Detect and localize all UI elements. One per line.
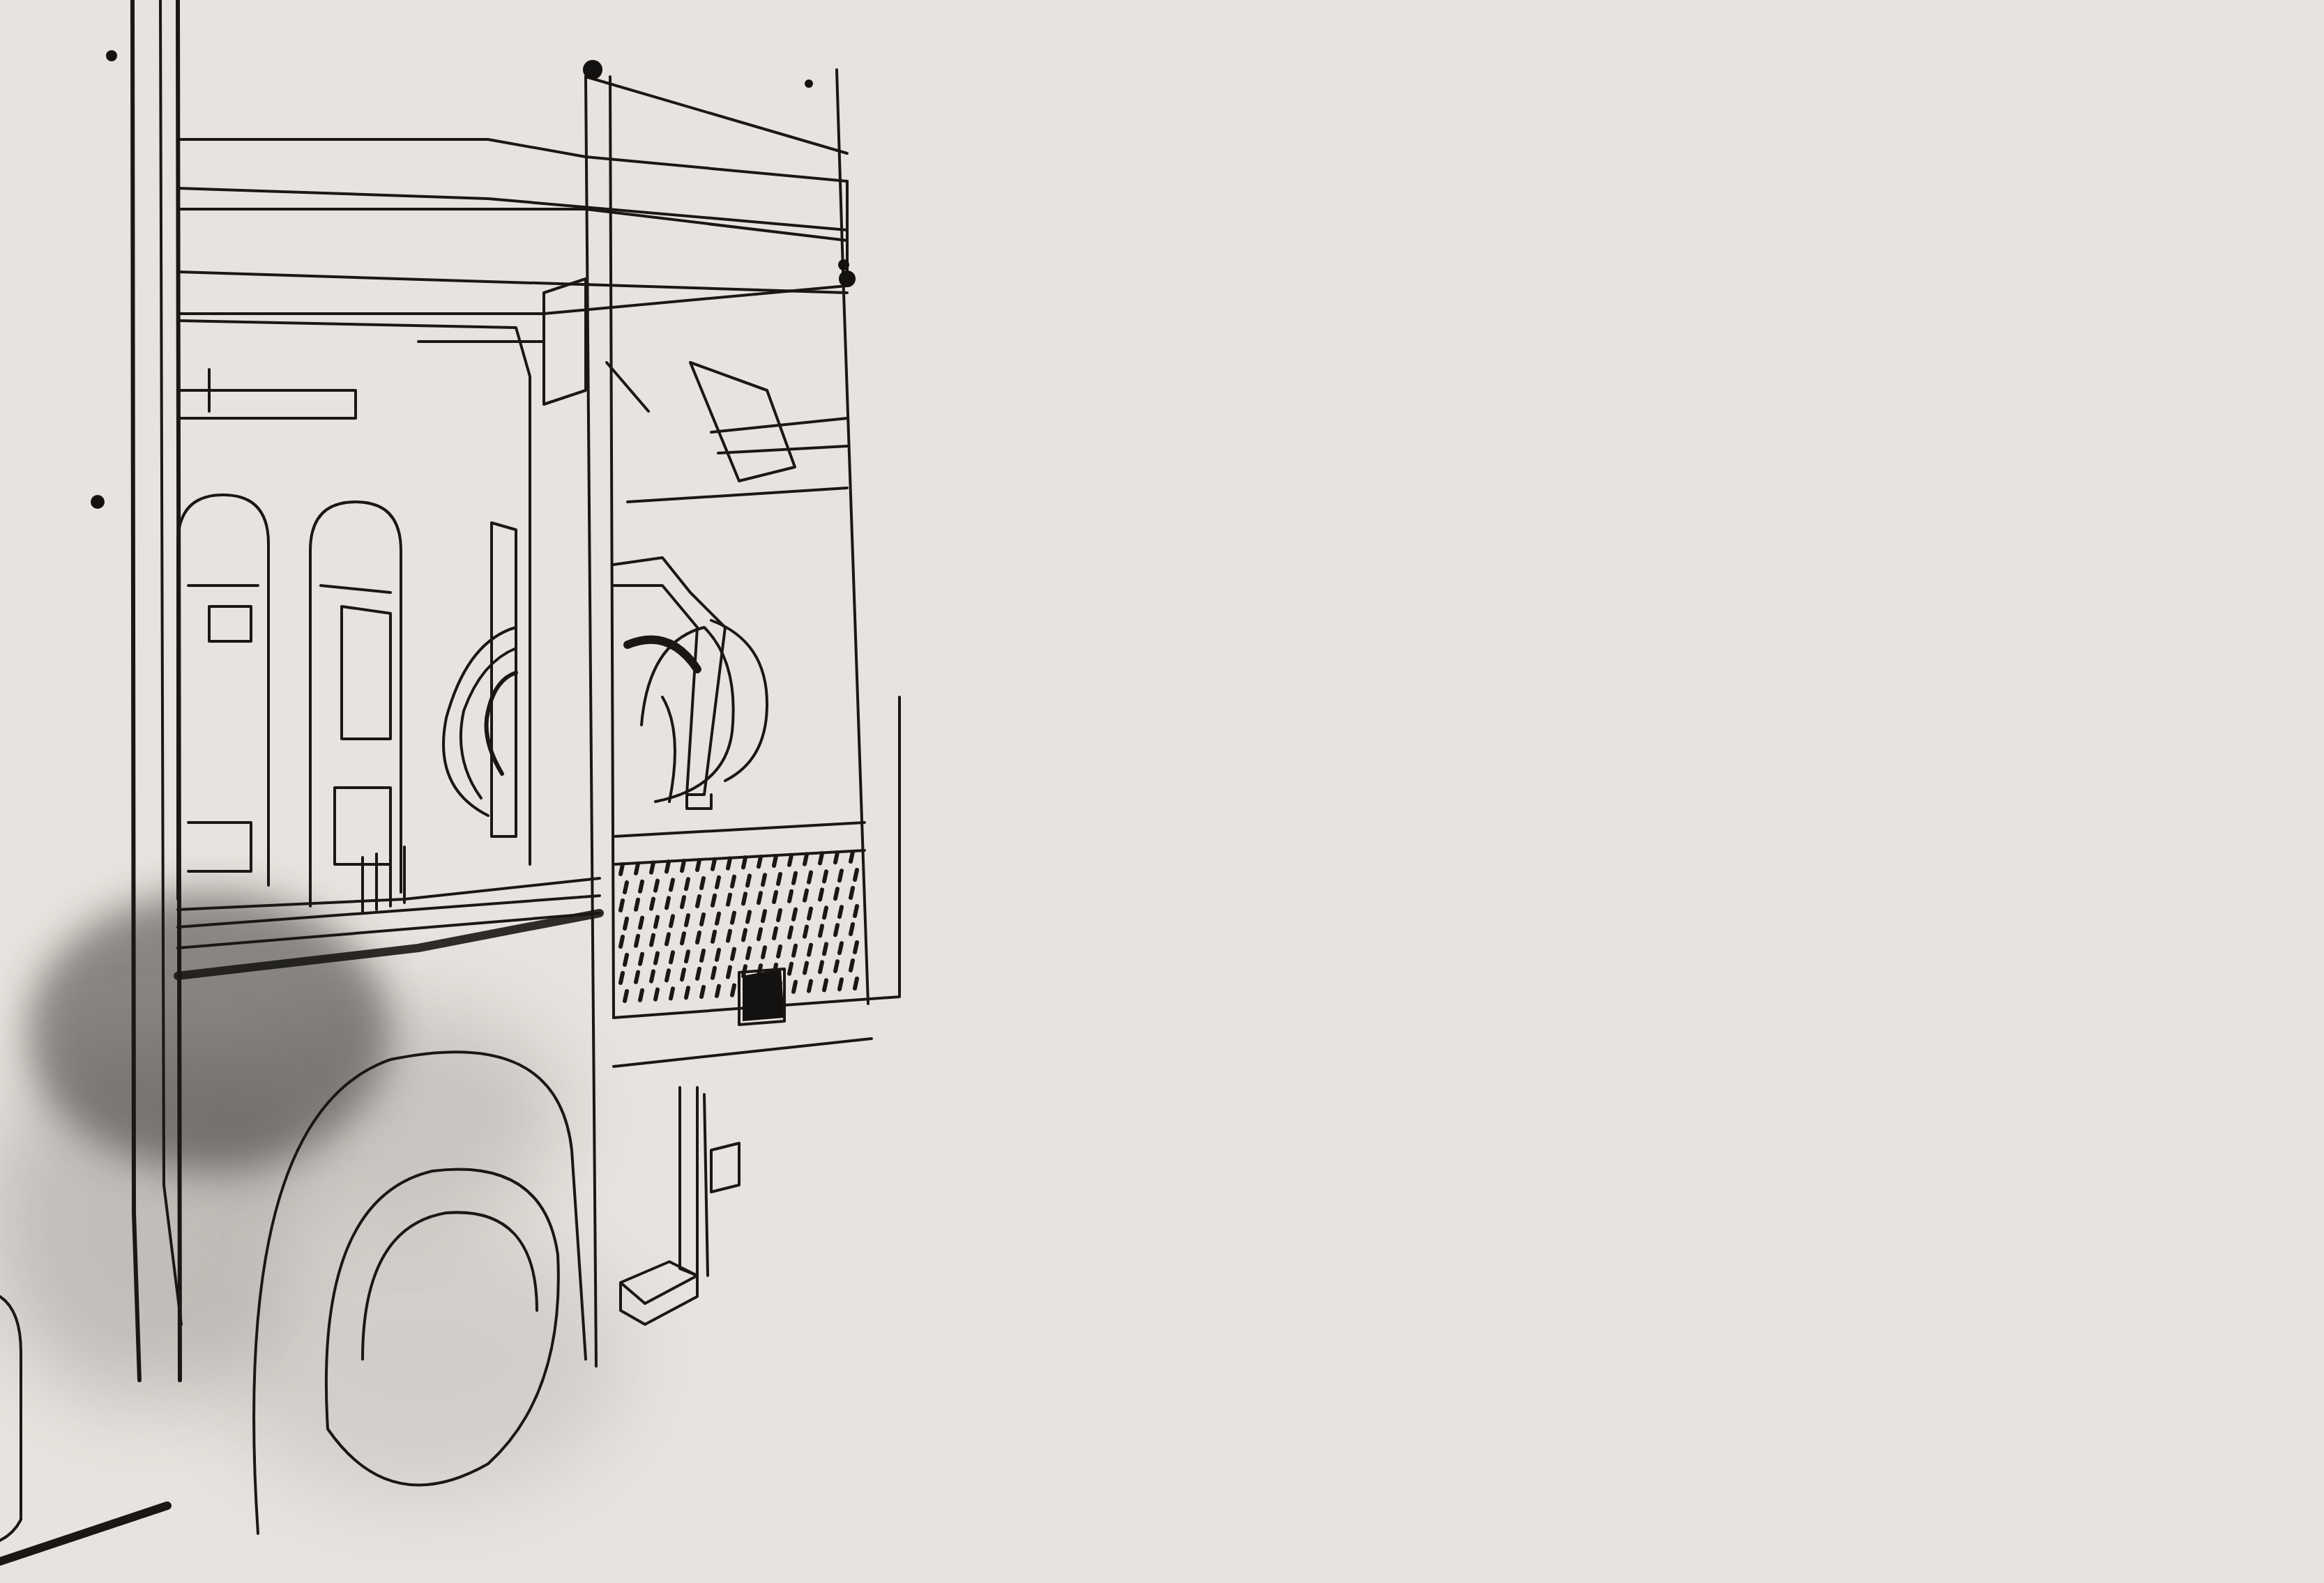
ink-drawing xyxy=(0,0,2324,1583)
